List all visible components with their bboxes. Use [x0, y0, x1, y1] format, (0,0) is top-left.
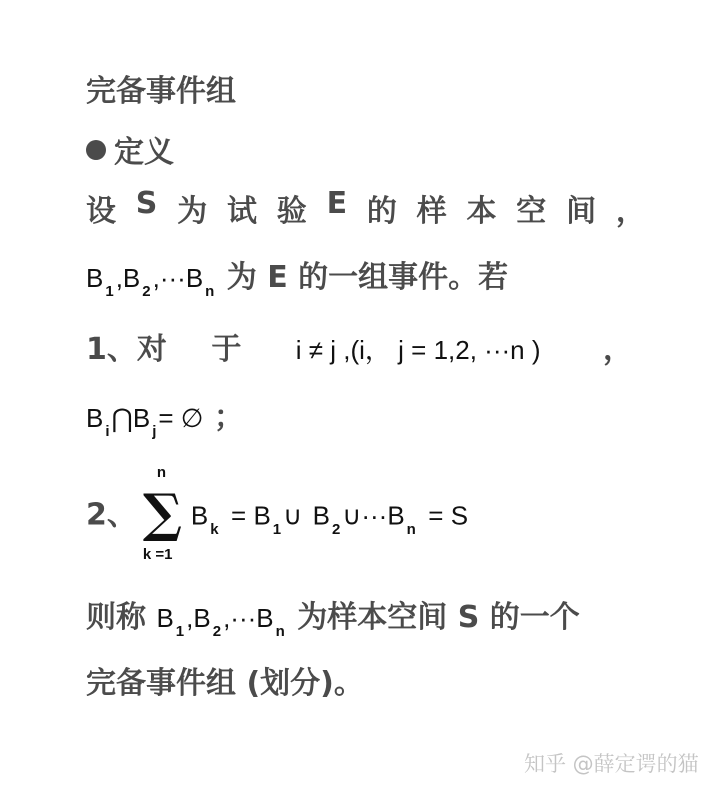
condition-1-formula: Bi⋂Bj= ∅ ； — [86, 392, 244, 436]
summation: n∑k =1 — [143, 486, 187, 546]
page-title: 完备事件组 — [86, 66, 236, 110]
watermark: 知乎 @薛定谔的猫 — [524, 748, 699, 778]
condition-1: 1、对 于 i ≠ j ,(i， j = 1,2, ···n ) ， — [86, 324, 631, 368]
definition-line-1: 设 S 为 试 验 E 的 样 本 空 间 ， — [86, 186, 646, 230]
conclusion-line-1: 则称 B1,B2,···Bn 为样本空间 S 的一个 — [86, 592, 580, 636]
conclusion-line-2: 完备事件组 (划分)。 — [86, 658, 364, 702]
definition-line-2: B1,B2,···Bn 为 E 的一组事件。若 — [86, 252, 508, 296]
condition-2: 2、n∑k =1Bk = B1∪ B2∪···Bn = S — [86, 486, 468, 546]
section-heading: 定义 — [86, 127, 174, 171]
bullet-icon — [86, 140, 106, 160]
section-label: 定义 — [114, 135, 174, 170]
